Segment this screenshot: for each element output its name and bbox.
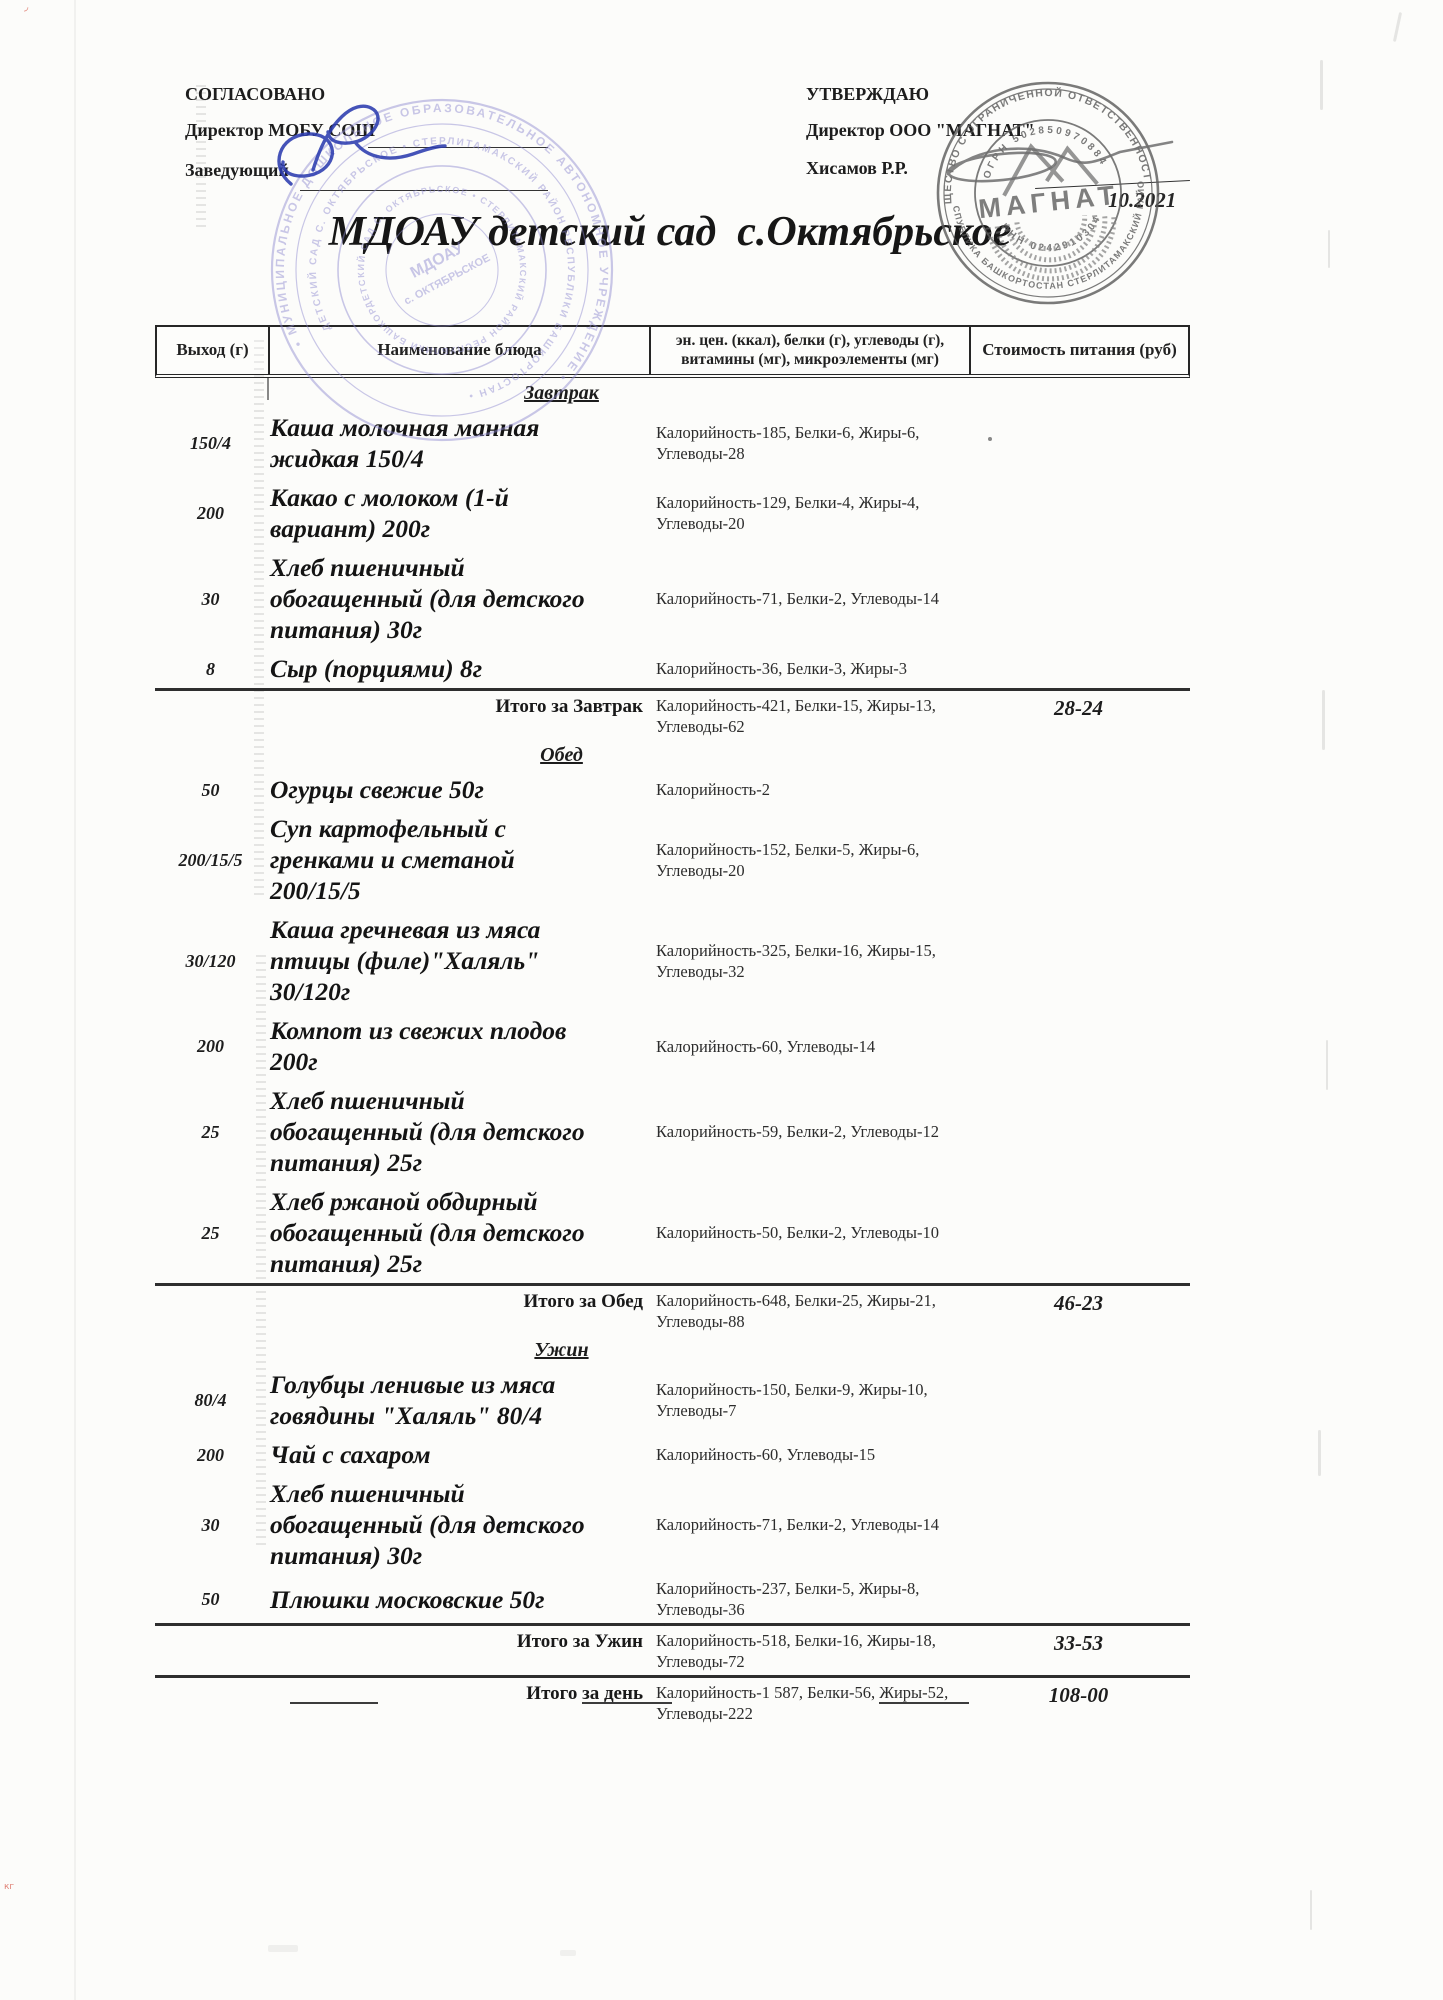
- day-total-row: Итого за деньКалорийность-1 587, Белки-5…: [155, 1675, 1190, 1727]
- scanned-menu-document: ◞ кг СОГЛАСОВАНО Директор МОБУ СОШ Завед…: [0, 0, 1443, 2000]
- section-label: Ужин: [155, 1339, 968, 1362]
- dish-row: 50Огурцы свежие 50гКалорийность-2: [155, 770, 1190, 809]
- section-total-cost: 46-23: [967, 1289, 1190, 1316]
- section-total-nutrition: Калорийность-518, Белки-16, Жиры-18, Угл…: [647, 1629, 967, 1673]
- section-total-row: Итого за ОбедКалорийность-648, Белки-25,…: [155, 1283, 1190, 1335]
- dish-nutrition: Калорийность-152, Белки-5, Жиры-6, Углев…: [647, 838, 967, 882]
- section-total-row: Итого за УжинКалорийность-518, Белки-16,…: [155, 1623, 1190, 1675]
- scan-smudge: [1393, 12, 1402, 42]
- dish-output: 200: [197, 1035, 224, 1057]
- day-total-nutrition: Калорийность-1 587, Белки-56, Жиры-52, У…: [647, 1681, 967, 1725]
- dish-nutrition: Калорийность-185, Белки-6, Жиры-6, Углев…: [647, 421, 967, 465]
- dish-nutrition: Калорийность-237, Белки-5, Жиры-8, Углев…: [647, 1577, 967, 1621]
- day-total-cost: 108-00: [967, 1681, 1190, 1708]
- dish-output: 150/4: [190, 432, 231, 454]
- dish-name: Какао с молоком (1-й вариант) 200г: [266, 480, 647, 546]
- dish-name: Огурцы свежие 50г: [266, 772, 647, 807]
- dish-output-cell: 30: [155, 588, 266, 610]
- dish-nutrition: Калорийность-60, Углеводы-15: [647, 1443, 967, 1466]
- menu-table: Выход (г) Наименование блюда эн. цен. (к…: [155, 325, 1190, 1727]
- section-total-nutrition: Калорийность-421, Белки-15, Жиры-13, Угл…: [647, 694, 967, 738]
- approved-name-label: Хисамов Р.Р.: [806, 158, 908, 179]
- dish-output: 30/120: [185, 950, 235, 972]
- dish-output: 200: [197, 1444, 224, 1466]
- director-signature-icon: [930, 118, 1205, 208]
- section-row: Обед: [155, 740, 1190, 770]
- dish-nutrition: Калорийность-36, Белки-3, Жиры-3: [647, 657, 967, 680]
- scan-edge-artifact: [74, 0, 76, 2000]
- scan-smudge: [268, 1945, 298, 1952]
- dish-nutrition: Калорийность-150, Белки-9, Жиры-10, Угле…: [647, 1378, 967, 1422]
- dish-output: 200/15/5: [179, 849, 243, 871]
- scan-smudge: [1326, 1040, 1328, 1090]
- dish-output-cell: 200: [155, 1444, 266, 1466]
- section-total-label: Итого за Завтрак: [155, 694, 647, 718]
- section-total-label: Итого за Обед: [155, 1289, 647, 1313]
- dish-name: Суп картофельный с гренками и сметаной 2…: [266, 811, 647, 908]
- dish-output-cell: 25: [155, 1222, 266, 1244]
- dish-name: Голубцы ленивые из мяса говядины "Халяль…: [266, 1367, 647, 1433]
- dish-output: 30: [202, 1514, 220, 1536]
- section-total-label: Итого за Ужин: [155, 1629, 647, 1653]
- day-total-label: Итого за день: [155, 1681, 647, 1705]
- dish-name: Сыр (порциями) 8г: [266, 651, 647, 686]
- header-output: Выход (г): [157, 327, 268, 374]
- section-row: Ужин: [155, 1335, 1190, 1365]
- scan-smudge: [1320, 60, 1323, 110]
- dish-row: 200Компот из свежих плодов 200гКалорийно…: [155, 1011, 1190, 1081]
- dish-name: Хлеб ржаной обдирный обогащенный (для де…: [266, 1184, 647, 1281]
- scan-smudge: [560, 1950, 576, 1956]
- scan-smudge: [1322, 690, 1325, 750]
- dish-output: 30: [202, 588, 220, 610]
- dish-output: 50: [202, 1588, 220, 1610]
- scan-smudge: [1318, 1430, 1321, 1476]
- dish-output-cell: 200/15/5: [155, 849, 266, 871]
- dish-output-cell: 150/4: [155, 432, 266, 454]
- section-total-cost: 33-53: [967, 1629, 1190, 1656]
- dish-nutrition: Калорийность-2: [647, 778, 967, 801]
- dish-name: Хлеб пшеничный обогащенный (для детского…: [266, 550, 647, 647]
- dish-row: 30Хлеб пшеничный обогащенный (для детско…: [155, 548, 1190, 649]
- dish-output: 200: [197, 502, 224, 524]
- dish-output: 25: [202, 1121, 220, 1143]
- dish-nutrition: Калорийность-71, Белки-2, Углеводы-14: [647, 587, 967, 610]
- dish-nutrition: Калорийность-50, Белки-2, Углеводы-10: [647, 1221, 967, 1244]
- dish-output-cell: 30/120: [155, 950, 266, 972]
- dish-name: Компот из свежих плодов 200г: [266, 1013, 647, 1079]
- dish-nutrition: Калорийность-325, Белки-16, Жиры-15, Угл…: [647, 939, 967, 983]
- dish-row: 25Хлеб пшеничный обогащенный (для детско…: [155, 1081, 1190, 1182]
- dish-output-cell: 80/4: [155, 1389, 266, 1411]
- scan-smudge: [1310, 1890, 1312, 1930]
- dish-output-cell: 25: [155, 1121, 266, 1143]
- dish-output-cell: 200: [155, 502, 266, 524]
- dish-name: Чай с сахаром: [266, 1437, 647, 1472]
- dish-name: Хлеб пшеничный обогащенный (для детского…: [266, 1083, 647, 1180]
- section-total-row: Итого за ЗавтракКалорийность-421, Белки-…: [155, 688, 1190, 740]
- menu-table-body: Завтрак150/4Каша молочная манная жидкая …: [155, 378, 1190, 1727]
- dish-output-cell: 8: [155, 658, 266, 680]
- dish-row: 200/15/5Суп картофельный с гренками и см…: [155, 809, 1190, 910]
- dish-row: 200Какао с молоком (1-й вариант) 200гКал…: [155, 478, 1190, 548]
- dish-row: 30/120Каша гречневая из мяса птицы (филе…: [155, 910, 1190, 1011]
- dish-nutrition: Калорийность-59, Белки-2, Углеводы-12: [647, 1120, 967, 1143]
- dish-nutrition: Калорийность-129, Белки-4, Жиры-4, Углев…: [647, 491, 967, 535]
- red-pen-mark: ◞: [24, 0, 28, 13]
- dish-row: 25Хлеб ржаной обдирный обогащенный (для …: [155, 1182, 1190, 1283]
- header-cost: Стоимость питания (руб): [969, 327, 1188, 374]
- dish-output: 80/4: [194, 1389, 226, 1411]
- dish-output-cell: 200: [155, 1035, 266, 1057]
- dish-nutrition: Калорийность-60, Углеводы-14: [647, 1035, 967, 1058]
- dish-row: 80/4Голубцы ленивые из мяса говядины "Ха…: [155, 1365, 1190, 1435]
- head-signature-icon: [255, 92, 465, 212]
- dish-row: 200Чай с сахаромКалорийность-60, Углевод…: [155, 1435, 1190, 1474]
- red-pen-mark: кг: [4, 1882, 14, 1892]
- header-nutrition: эн. цен. (ккал), белки (г), углеводы (г)…: [649, 327, 969, 374]
- dish-row: 8Сыр (порциями) 8гКалорийность-36, Белки…: [155, 649, 1190, 688]
- section-total-cost: 28-24: [967, 694, 1190, 721]
- approved-label: УТВЕРЖДАЮ: [806, 84, 929, 105]
- dish-row: 30Хлеб пшеничный обогащенный (для детско…: [155, 1474, 1190, 1575]
- dish-output: 8: [206, 658, 215, 680]
- dish-name: Каша гречневая из мяса птицы (филе)"Халя…: [266, 912, 647, 1009]
- section-total-nutrition: Калорийность-648, Белки-25, Жиры-21, Угл…: [647, 1289, 967, 1333]
- dish-output-cell: 50: [155, 1588, 266, 1610]
- section-label: Обед: [155, 744, 968, 767]
- dish-nutrition: Калорийность-71, Белки-2, Углеводы-14: [647, 1513, 967, 1536]
- dish-name: Хлеб пшеничный обогащенный (для детского…: [266, 1476, 647, 1573]
- dish-output-cell: 50: [155, 779, 266, 801]
- dish-name: Плюшки московские 50г: [266, 1582, 647, 1617]
- dish-row: 50Плюшки московские 50гКалорийность-237,…: [155, 1575, 1190, 1623]
- dish-output: 50: [202, 779, 220, 801]
- dish-output-cell: 30: [155, 1514, 266, 1536]
- dish-output: 25: [202, 1222, 220, 1244]
